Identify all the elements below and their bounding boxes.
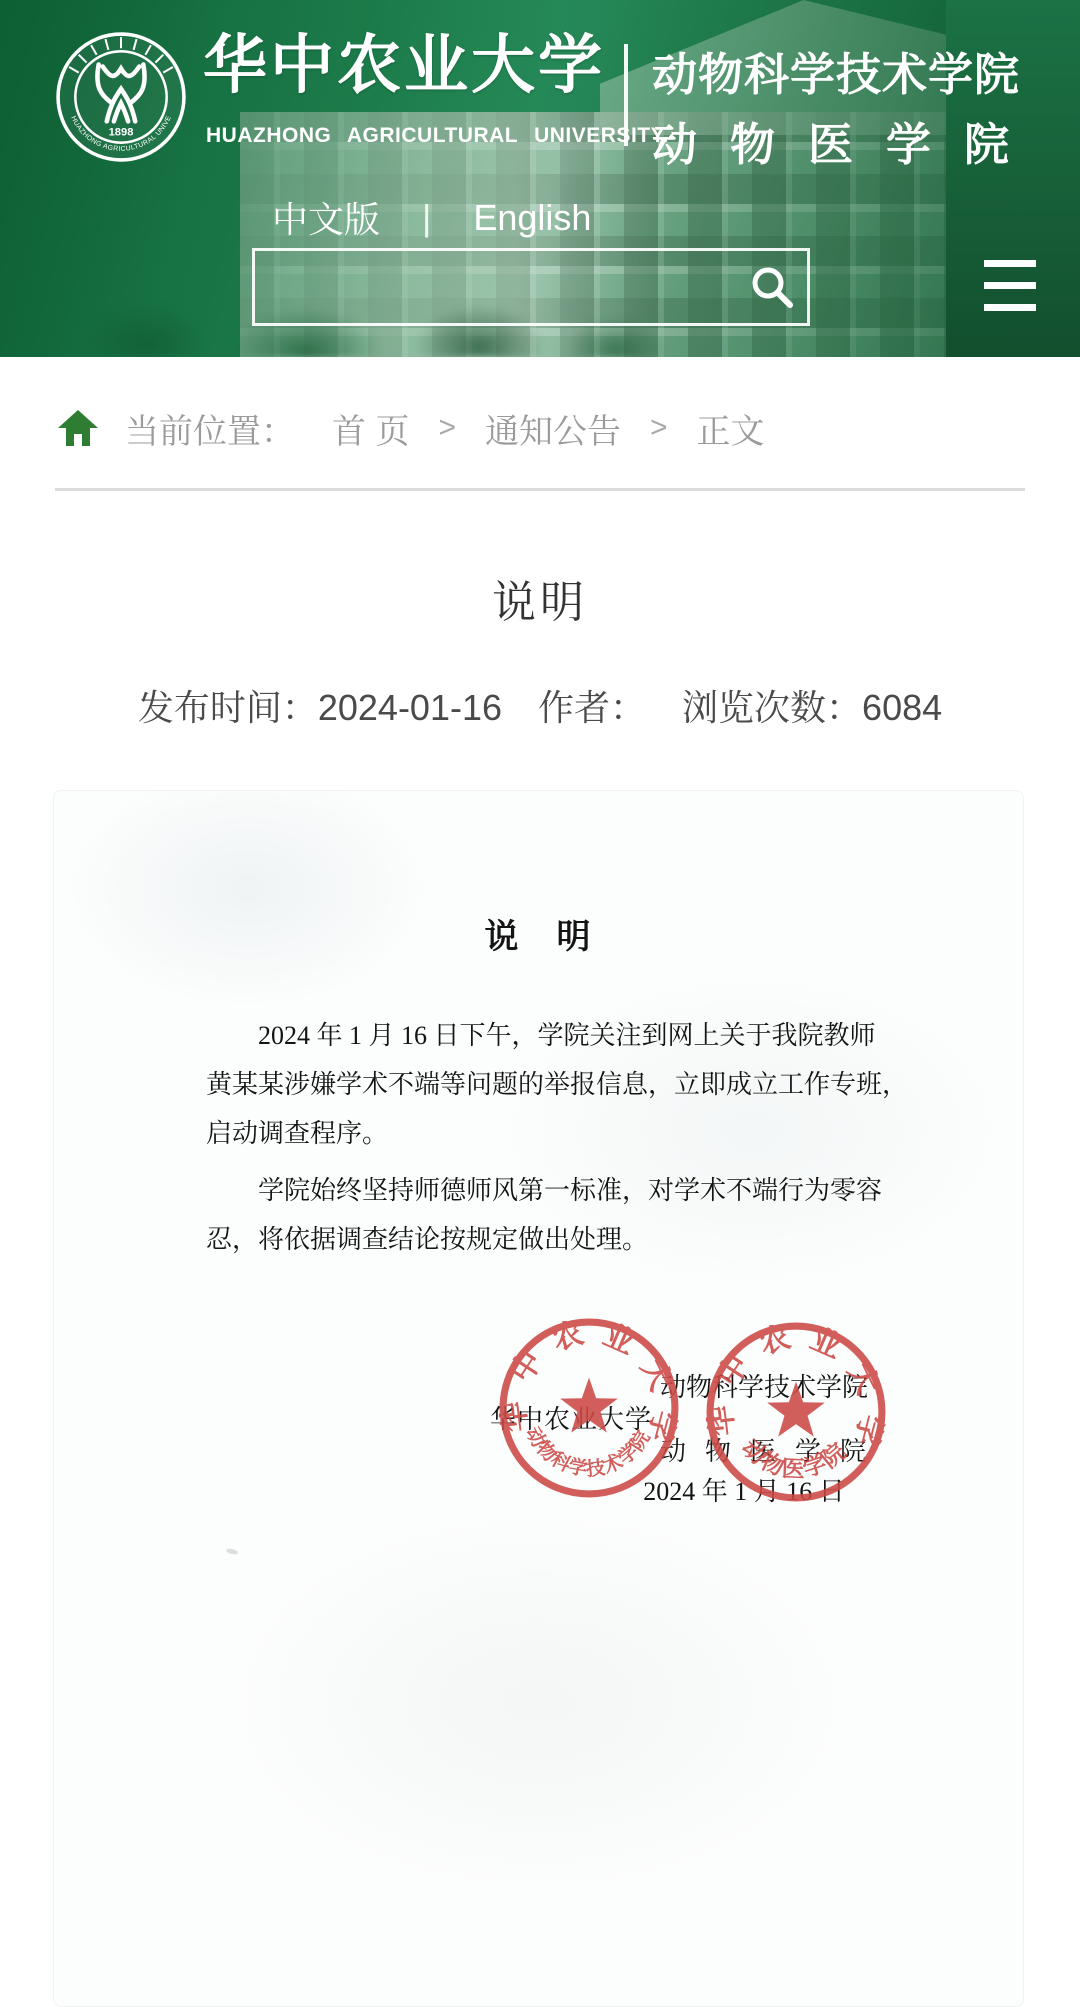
seal-star bbox=[560, 1378, 618, 1433]
menu-icon bbox=[984, 260, 1036, 267]
search-box bbox=[252, 248, 810, 326]
breadcrumb-separator: > bbox=[438, 411, 456, 445]
breadcrumb-label: 当前位置： bbox=[125, 404, 295, 453]
document-body: 2024 年 1 月 16 日下午，学院关注到网上关于我院教师 黄某某涉嫌学术不… bbox=[206, 1011, 906, 1264]
svg-text:动物医学院: 动物医学院 bbox=[736, 1435, 851, 1483]
breadcrumb-home[interactable]: 首 页 bbox=[332, 404, 409, 453]
svg-text:动物科学技术学院: 动物科学技术学院 bbox=[521, 1423, 655, 1481]
menu-button[interactable] bbox=[984, 260, 1036, 311]
breadcrumb-rule bbox=[55, 488, 1025, 491]
breadcrumb-current: 正文 bbox=[697, 404, 765, 453]
official-seal-veterinary-medicine: 华中农业大学 动物医学院 bbox=[703, 1319, 889, 1505]
article-meta: 发布时间：2024-01-16 作者： 浏览次数：6084 bbox=[0, 680, 1080, 731]
college-names: 动物科学技术学院 动物医学院 bbox=[652, 38, 1028, 173]
page-title: 说明 bbox=[0, 566, 1080, 630]
view-count: 浏览次数：6084 bbox=[682, 680, 942, 731]
college-name-line2: 动物医学院 bbox=[652, 108, 1061, 173]
breadcrumb-separator: > bbox=[650, 411, 668, 445]
paragraph: 学院始终坚持师德师风第一标准，对学术不端行为零容 忍，将依据调查结论按规定做出处… bbox=[206, 1166, 906, 1264]
scan-artifact bbox=[226, 1548, 239, 1556]
logo-year: 1898 bbox=[109, 127, 134, 139]
search-icon bbox=[749, 264, 795, 310]
breadcrumb: 当前位置： 首 页 > 通知公告 > 正文 bbox=[57, 404, 1037, 452]
home-icon[interactable] bbox=[57, 407, 99, 449]
search-button[interactable] bbox=[737, 251, 807, 323]
university-logo[interactable]: 1898 HUAZHONG AGRICULTURAL UNIVERSITY bbox=[54, 28, 188, 166]
language-switcher: 中文版 | English bbox=[272, 192, 591, 243]
breadcrumb-trail: 当前位置： 首 页 > 通知公告 > 正文 bbox=[125, 404, 765, 453]
scanned-document: 说 明 2024 年 1 月 16 日下午，学院关注到网上关于我院教师 黄某某涉… bbox=[53, 790, 1024, 2007]
seal-bottom-text: 动物科学技术学院 bbox=[521, 1423, 655, 1481]
breadcrumb-notices[interactable]: 通知公告 bbox=[485, 404, 621, 453]
lang-en-link[interactable]: English bbox=[473, 197, 591, 239]
lang-separator: | bbox=[422, 197, 431, 239]
publish-date: 发布时间：2024-01-16 bbox=[138, 680, 502, 731]
university-name-en: HUAZHONG AGRICULTURAL UNIVERSITY bbox=[206, 124, 626, 148]
paragraph: 2024 年 1 月 16 日下午，学院关注到网上关于我院教师 黄某某涉嫌学术不… bbox=[206, 1011, 906, 1158]
site-header: 1898 HUAZHONG AGRICULTURAL UNIVERSITY 华中… bbox=[0, 0, 1080, 357]
official-seal-animal-science: 华中农业大学 动物科学技术学院 bbox=[496, 1315, 682, 1501]
author: 作者： bbox=[538, 680, 646, 731]
page: 1898 HUAZHONG AGRICULTURAL UNIVERSITY 华中… bbox=[0, 0, 1080, 2007]
seal-star bbox=[767, 1382, 825, 1437]
university-name-cn: 华中农业大学 bbox=[203, 14, 619, 118]
lang-zh-link[interactable]: 中文版 bbox=[272, 192, 380, 243]
seal-bottom-text: 动物医学院 bbox=[736, 1435, 851, 1483]
college-name-line1: 动物科学技术学院 bbox=[652, 38, 1028, 103]
search-input[interactable] bbox=[255, 251, 737, 323]
document-title: 说 明 bbox=[54, 909, 1023, 958]
header-divider bbox=[624, 44, 628, 146]
